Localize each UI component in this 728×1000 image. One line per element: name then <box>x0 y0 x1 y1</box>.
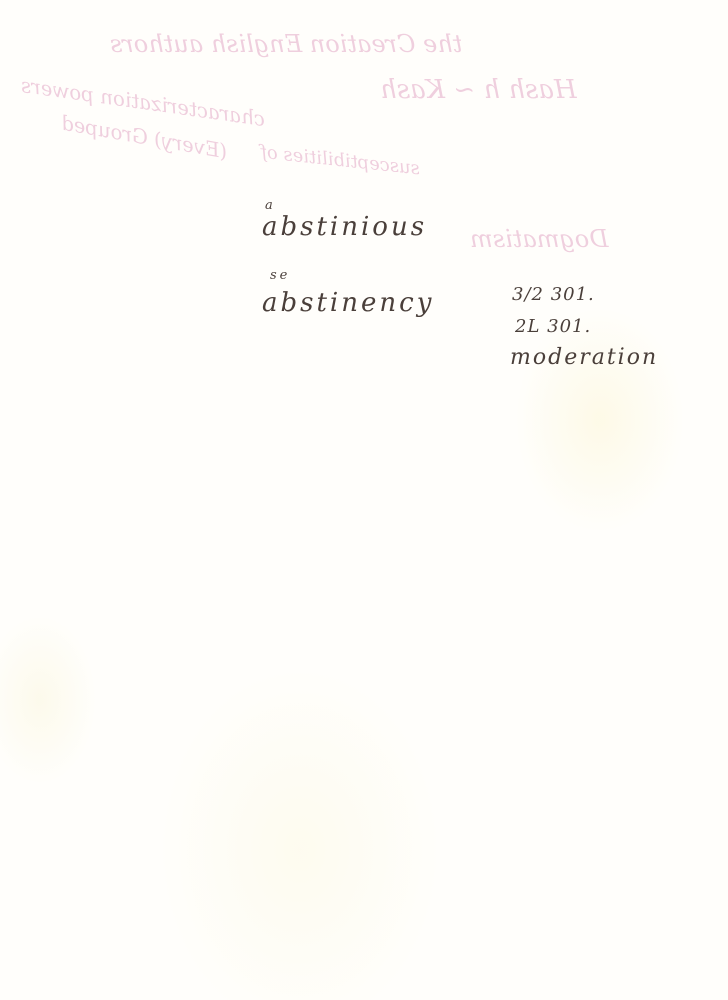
handwritten-word: abstinious <box>262 212 427 242</box>
scanned-page: the Creation English authors Hash h ~ Ka… <box>0 0 728 1000</box>
bleed-through-text: characterization powers <box>20 73 267 131</box>
handwritten-word: moderation <box>510 345 658 370</box>
reference-note: 2L 301. <box>515 316 591 337</box>
margin-mark: a <box>265 198 276 213</box>
bleed-through-text: susceptibilities of <box>259 142 421 180</box>
bleed-through-text: the Creation English authors <box>110 30 462 58</box>
bleed-through-text: Dogmatism <box>470 225 609 253</box>
bleed-through-text: Hash h ~ Kash <box>380 75 577 105</box>
handwritten-word: abstinency <box>262 288 434 318</box>
margin-mark: se <box>270 268 290 283</box>
reference-note: 3/2 301. <box>512 284 595 305</box>
